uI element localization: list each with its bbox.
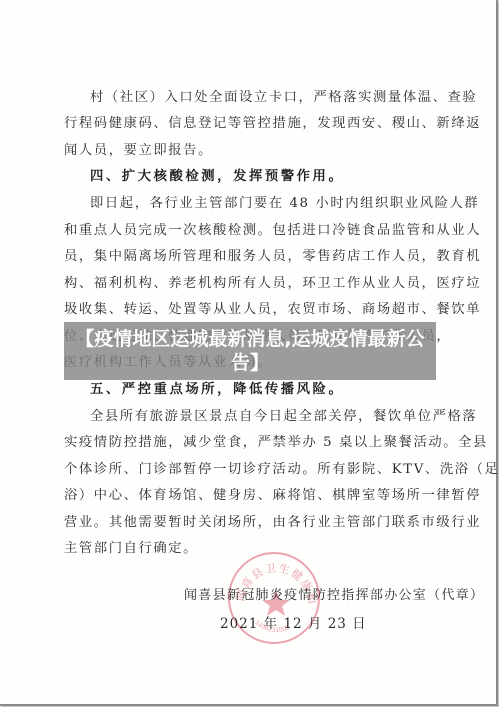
section-heading: 四、扩大核酸检测，发挥预警作用。	[90, 167, 462, 187]
paragraph-line: 员，集中隔离场所管理和服务人员，零售药店工作人员，教育机	[64, 247, 436, 267]
paragraph-line: 行程码健康码、信息登记等管控措施，发现西安、稷山、新绛返	[64, 114, 436, 134]
paragraph-line: 个体诊所、门诊部暂停一切诊疗活动。所有影院、KTV、洗浴（足	[64, 460, 436, 480]
title-overlay: 【疫情地区运城最新消息,运城疫情最新公告】	[64, 322, 436, 380]
paragraph-line: 全县所有旅游景区景点自今日起全部关停，餐饮单位严格落	[90, 407, 436, 427]
document-page: 村（社区）入口处全面设立卡口，严格落实测量体温、查验行程码健康码、信息登记等管控…	[0, 0, 498, 706]
paragraph-line: 构、福利机构、养老机构所有人员，环卫工作从业人员，医疗垃	[64, 274, 436, 294]
paragraph-line: 村（社区）入口处全面设立卡口，严格落实测量体温、查验	[90, 88, 436, 108]
paragraph-line: 圾收集、转运、处置等从业人员，农贸市场、商场超市、餐饮单	[64, 300, 436, 320]
paragraph-line: 闻人员，要立即报告。	[64, 141, 436, 161]
paragraph-line: 即日起，各行业主管部门要在 48 小时内组织职业风险人群	[90, 194, 436, 214]
overlay-title: 【疫情地区运城最新消息,运城疫情最新公告】	[75, 327, 425, 375]
paragraph-line: 营业。其他需要暂时关闭场所，由各行业主管部门联系市级行业	[64, 513, 436, 533]
paragraph-line: 浴）中心、体育场馆、健身房、麻将馆、棋牌室等场所一律暂停	[64, 486, 436, 506]
date: 2021 年 12 月 23 日	[220, 612, 367, 632]
paragraph-line: 实疫情防控措施，减少堂食，严禁举办 5 桌以上聚餐活动。全县	[64, 433, 436, 453]
section-heading: 五、严控重点场所，降低传播风险。	[90, 380, 462, 400]
signature: 闻喜县新冠肺炎疫情防控指挥部办公室（代章）	[184, 584, 484, 603]
paragraph-line: 和重点人员完成一次核酸检测。包括进口冷链食品监管和从业人	[64, 221, 436, 241]
